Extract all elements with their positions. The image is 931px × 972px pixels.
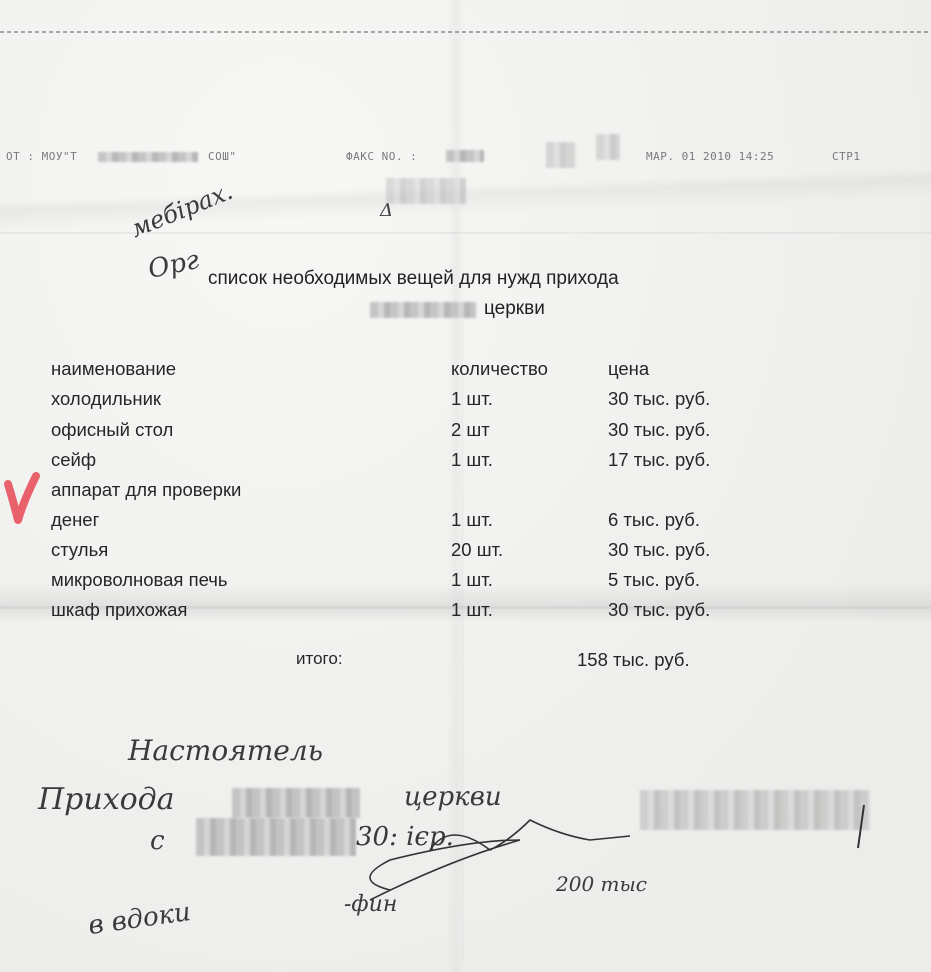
table-row: аппарат для проверки [0, 479, 931, 501]
fax-number-label: ФАКС NO. : [346, 150, 417, 163]
table-row: шкаф прихожая 1 шт. 30 тыс. руб. [0, 599, 931, 621]
item-price: 30 тыс. руб. [608, 539, 710, 561]
table-header-row: наименование количество цена [0, 358, 931, 380]
table-total-row: итого: 158 тыс. руб. [0, 649, 931, 671]
item-name: холодильник [51, 388, 161, 410]
item-price: 6 тыс. руб. [608, 509, 700, 531]
fax-date-time: МАР. 01 2010 14:25 [646, 150, 774, 163]
item-price: 17 тыс. руб. [608, 449, 710, 471]
table-row: стулья 20 шт. 30 тыс. руб. [0, 539, 931, 561]
signature-icon [330, 780, 890, 920]
perforated-edge [0, 31, 931, 33]
item-quantity: 1 шт. [451, 599, 493, 621]
table-row: денег 1 шт. 6 тыс. руб. [0, 509, 931, 531]
item-price: 30 тыс. руб. [608, 419, 710, 441]
item-price: 30 тыс. руб. [608, 388, 710, 410]
table-row: холодильник 1 шт. 30 тыс. руб. [0, 388, 931, 410]
handwritten-rector-title: Настоятель [128, 734, 323, 767]
item-quantity: 20 шт. [451, 539, 503, 561]
redacted-school-name [98, 152, 198, 162]
item-name: микроволновая печь [51, 569, 228, 591]
item-name: стулья [51, 539, 108, 561]
table-row: офисный стол 2 шт 30 тыс. руб. [0, 419, 931, 441]
fax-from-label: ОТ : МОУ"Т [6, 150, 77, 163]
fax-header: ОТ : МОУ"Т СОШ" ФАКС NO. : МАР. 01 2010 … [6, 150, 926, 166]
redacted-fax-number [596, 134, 620, 160]
item-name: денег [51, 509, 99, 531]
item-quantity: 1 шт. [451, 449, 493, 471]
check-mark-icon [2, 470, 42, 532]
handwritten-village-prefix: с [150, 826, 165, 856]
header-quantity: количество [451, 358, 548, 380]
header-name: наименование [51, 358, 176, 380]
item-name: аппарат для проверки [51, 479, 241, 501]
handwritten-amount: 200 тыс [556, 872, 647, 896]
item-quantity: 1 шт. [451, 509, 493, 531]
handwritten-parish: Прихода [38, 782, 175, 817]
item-name: сейф [51, 449, 96, 471]
handwritten-bottom-left: в вдоки [86, 897, 192, 941]
redacted-church-name [370, 302, 476, 318]
handwritten-note: Орг [145, 245, 201, 285]
item-quantity: 1 шт. [451, 388, 493, 410]
total-value: 158 тыс. руб. [577, 649, 690, 671]
table-row: сейф 1 шт. 17 тыс. руб. [0, 449, 931, 471]
document-subtitle: церкви [484, 298, 545, 320]
redacted-fax-number [546, 142, 576, 168]
item-name: шкаф прихожая [51, 599, 187, 621]
item-price: 5 тыс. руб. [608, 569, 700, 591]
table-row: микроволновая печь 1 шт. 5 тыс. руб. [0, 569, 931, 591]
document-title: список необходимых вещей для нужд приход… [208, 268, 619, 290]
item-price: 30 тыс. руб. [608, 599, 710, 621]
item-quantity: 1 шт. [451, 569, 493, 591]
redacted-fax-number [446, 150, 484, 162]
fax-from-suffix: СОШ" [208, 150, 237, 163]
item-name: офисный стол [51, 419, 173, 441]
header-price: цена [608, 358, 649, 380]
total-label: итого: [296, 649, 343, 669]
handwritten-bottom-mid: -фин [344, 892, 397, 917]
item-quantity: 2 шт [451, 419, 490, 441]
fax-page: СТР1 [832, 150, 861, 163]
redacted-handwriting [386, 178, 466, 204]
